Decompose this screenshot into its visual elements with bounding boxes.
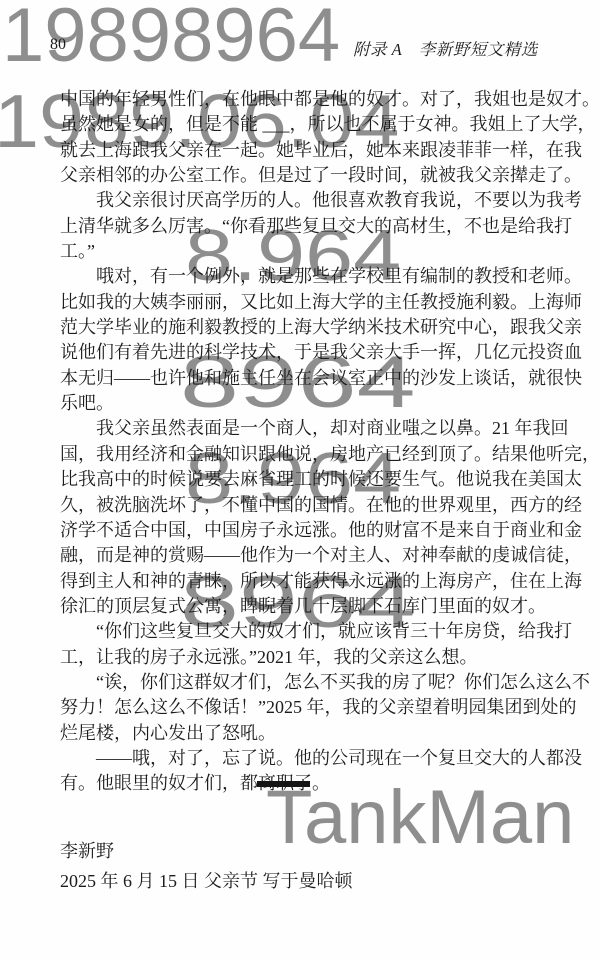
text-line: 比我高中的时候说要去麻省理工的时候还要生气。他说我在美国太: [60, 467, 544, 492]
text-line: 乐吧。: [60, 391, 544, 416]
text-line: “你们这些复旦交大的奴才们，就应该背三十年房贷，给我打: [60, 619, 544, 644]
text-line: 虽然她是女的，但是不能 ___，所以也不属于女神。我姐上了大学，: [60, 112, 544, 137]
text-line: 工，让我的房子永远涨。”2021 年，我的父亲这么想。: [60, 645, 544, 670]
text-line: 就去上海跟我父亲在一起。她毕业后，她本来跟凌菲菲一样，在我: [60, 138, 544, 163]
running-header: 附录 A 李新野短文精选: [353, 36, 538, 60]
page-content: 80 附录 A 李新野短文精选 中国的年轻男性们，在他眼中都是他的奴才。对了，我…: [0, 0, 600, 960]
book-page: 19898964 1989.06.04 8.964 8964 8.964 896…: [0, 0, 600, 960]
text-line: 有。他眼里的奴才们，都离职了。: [60, 771, 544, 796]
page-number: 80: [50, 36, 66, 54]
text-line: 济学不适合中国，中国房子永远涨。他的财富不是来自于商业和金: [60, 518, 544, 543]
text-line: 父亲相邻的办公室工作。但是过了一段时间，就被我父亲撵走了。: [60, 163, 544, 188]
text-line: 徐汇的顶层复式公寓，睥睨着几十层脚下石库门里面的奴才。: [60, 594, 544, 619]
text-line: 范大学毕业的施利毅教授的上海大学纳米技术研究中心，跟我父亲: [60, 315, 544, 340]
body-text: 中国的年轻男性们，在他眼中都是他的奴才。对了，我姐也是奴才。虽然她是女的，但是不…: [60, 87, 544, 797]
text-line: 本无归——也许他和施主任坐在会议室正中的沙发上谈话，就很快: [60, 366, 544, 391]
text-line: “诶，你们这群奴才们，怎么不买我的房了呢？你们怎么这么不: [60, 670, 544, 695]
author-signature: 李新野: [60, 837, 114, 863]
text-line: 国，我用经济和金融知识跟他说，房地产已经到顶了。结果他听完，: [60, 442, 544, 467]
text-line: 我父亲虽然表面是一个商人，却对商业嗤之以鼻。21 年我回: [60, 416, 544, 441]
redaction-overline: 离职了: [258, 773, 312, 793]
dateline: 2025 年 6 月 15 日 父亲节 写于曼哈顿: [60, 867, 353, 893]
text-line: 融，而是神的赏赐——他作为一个对主人、对神奉献的虔诚信徒，: [60, 543, 544, 568]
text-line: ——哦，对了，忘了说。他的公司现在一个复旦交大的人都没: [60, 746, 544, 771]
text-line: 我父亲很讨厌高学历的人。他很喜欢教育我说，不要以为我考: [60, 188, 544, 213]
text-line: 工。”: [60, 239, 544, 264]
text-line: 上清华就多么厉害。“你看那些复旦交大的高材生，不也是给我打: [60, 214, 544, 239]
text-line: 烂尾楼，内心发出了怒吼。: [60, 721, 544, 746]
text-line: 比如我的大姨李丽丽，又比如上海大学的主任教授施利毅。上海师: [60, 290, 544, 315]
text-line: 努力！怎么这么不像话！”2025 年，我的父亲望着明园集团到处的: [60, 695, 544, 720]
text-line: 哦对，有一个例外，就是那些在学校里有编制的教授和老师。: [60, 264, 544, 289]
text-line: 中国的年轻男性们，在他眼中都是他的奴才。对了，我姐也是奴才。: [60, 87, 544, 112]
text-line: 久，被洗脑洗坏了，不懂中国的国情。在他的世界观里，西方的经: [60, 493, 544, 518]
text-line: 得到主人和神的青睐，所以才能获得永远涨的上海房产，住在上海: [60, 569, 544, 594]
text-line: 说他们有着先进的科学技术，于是我父亲大手一挥，几亿元投资血: [60, 340, 544, 365]
